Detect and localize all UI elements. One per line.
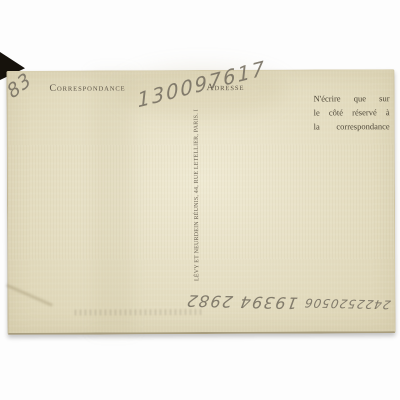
postcard-card: 83 Correspondance 130097617 Adresse LÉVY… — [6, 69, 395, 335]
notice-line-3: la correspondance — [314, 119, 390, 133]
adresse-heading: Adresse — [206, 82, 244, 92]
paper-stain-band — [91, 71, 134, 332]
pencil-corner-number: 83 — [3, 68, 35, 103]
pencil-bottom-number-small: 2422520506 — [303, 296, 392, 312]
pencil-bottom-number-large: 19394 2982 — [184, 292, 299, 313]
pencil-upside-down-numbers: 2422520506 19394 2982 — [204, 285, 391, 323]
correspondance-heading: Correspondance — [49, 82, 125, 92]
paper-scratch-bottom-left — [6, 284, 53, 307]
notice-line-2: le côté réservé à — [314, 105, 390, 119]
writing-notice: N'écrire que sur le côté réservé à la co… — [314, 91, 390, 133]
notice-line-1: N'écrire que sur — [314, 91, 390, 105]
scanned-postcard-back: { "postcard": { "header": { "corresponda… — [0, 0, 400, 400]
publisher-imprint-vertical: LÉVY ET NEURDEIN RÉUNIS, 44, RUE LETELLI… — [192, 109, 203, 281]
